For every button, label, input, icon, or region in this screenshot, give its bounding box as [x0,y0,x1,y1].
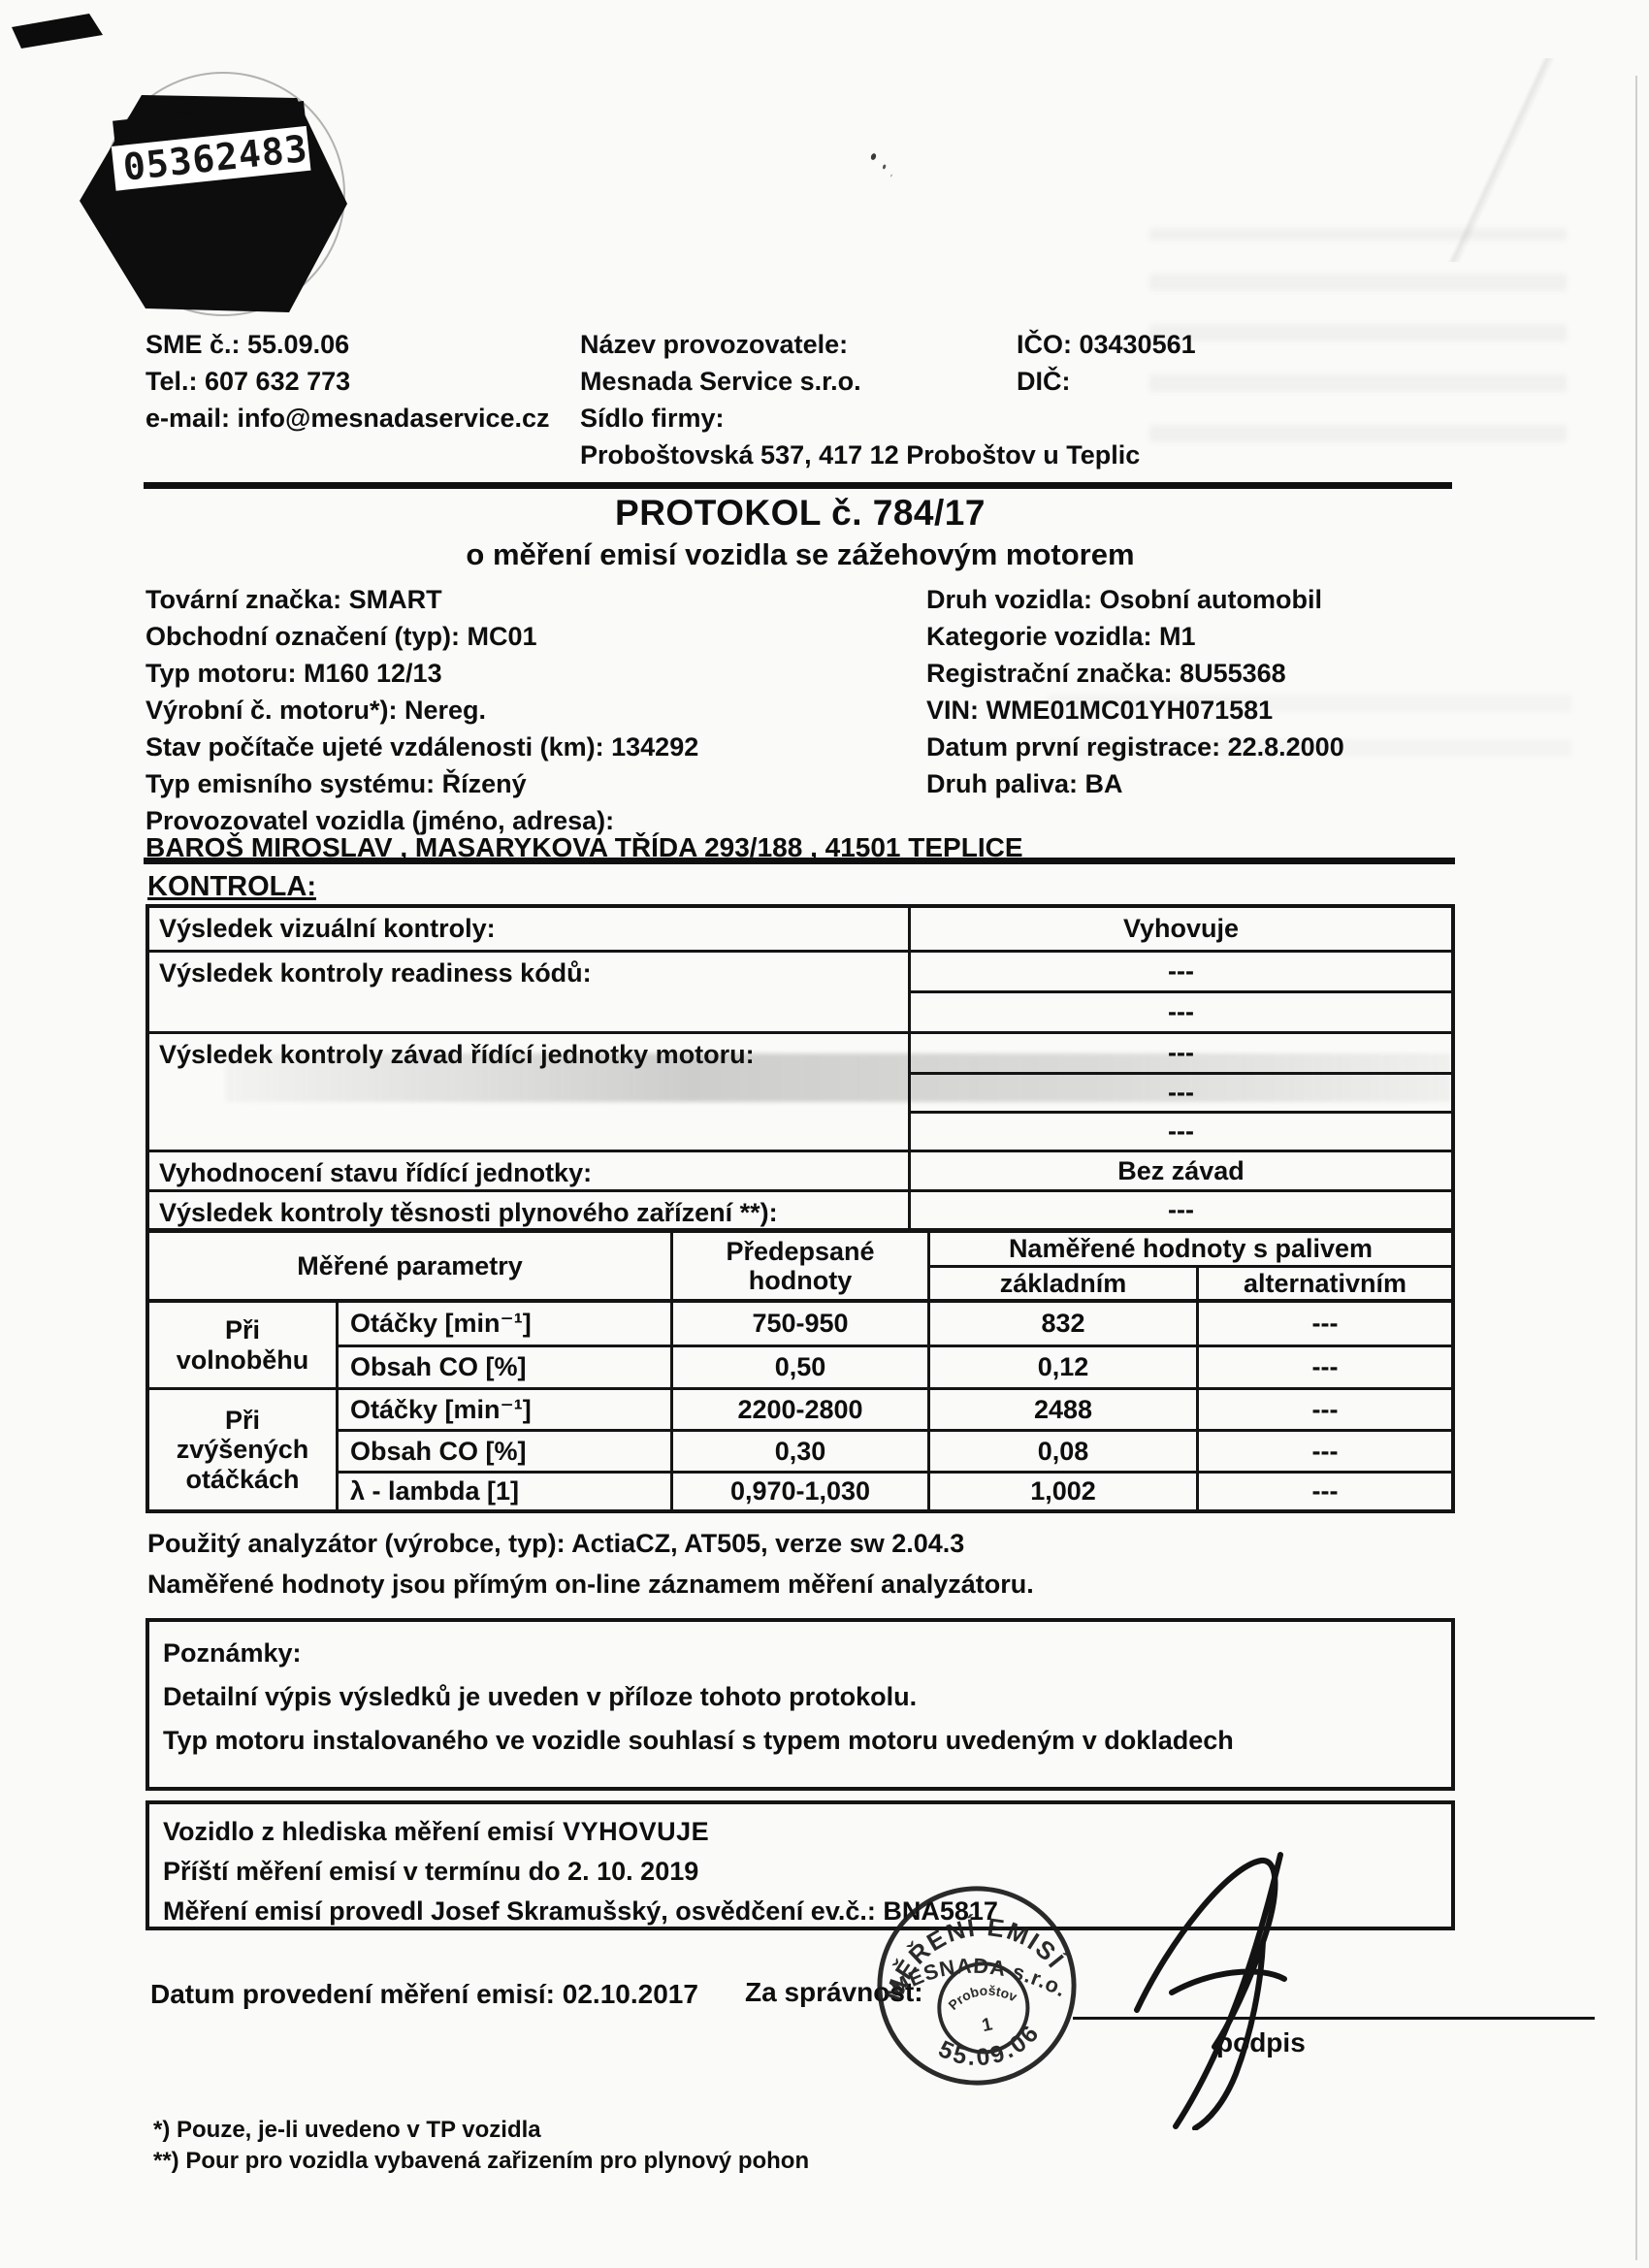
measured-raised-rpm-alt: --- [1199,1387,1451,1429]
station-phone: Tel.: 607 632 773 [145,367,350,397]
kontrola-value-gas-tightness: --- [911,1189,1451,1228]
measured-lambda-basic: 1,002 [930,1471,1199,1509]
header-divider-rule [144,482,1452,489]
registration-plate: Registrační značka: 8U55368 [926,659,1286,689]
prescribed-raised-rpm: 2200-2800 [673,1387,930,1429]
notes-heading: Poznámky: [163,1632,1438,1675]
kontrola-table: Výsledek vizuální kontroly: Výsledek kon… [145,904,1455,1232]
measured-raised-co-alt: --- [1199,1429,1451,1471]
document-title-block: PROTOKOL č. 784/17 o měření emisí vozidl… [145,493,1455,572]
bleedthrough-artifact-top [1149,228,1567,475]
kontrola-label-gas-tightness: Výsledek kontroly těsnosti plynového zař… [149,1189,911,1228]
protocol-title: PROTOKOL č. 784/17 [145,493,1455,534]
vehicle-category: Kategorie vozidla: M1 [926,622,1196,652]
group-idle: Při volnoběhu [149,1303,339,1387]
prescribed-idle-co: 0,50 [673,1345,930,1387]
measured-idle-co-basic: 0,12 [930,1345,1199,1387]
notes-box: Poznámky: Detailní výpis výsledků je uve… [145,1618,1455,1791]
measurement-table: Měřené parametry Předepsané hodnoty Namě… [145,1229,1455,1513]
param-idle-co: Obsah CO [%] [339,1345,673,1387]
kontrola-value-ecu-evaluation: Bez závad [911,1150,1451,1189]
handwritten-signature [1114,1847,1405,2130]
col-header-alternative-fuel: alternativním [1199,1268,1451,1303]
scan-streak [1385,58,1618,262]
odometer-reading: Stav počítače ujeté vzdálenosti (km): 13… [145,732,698,762]
measured-raised-rpm-basic: 2488 [930,1387,1199,1429]
company-stamp: MĚŘENÍ EMISÍ MESNADA s.r.o. Proboštov 1 … [852,1861,1103,2112]
measured-idle-rpm-alt: --- [1199,1303,1451,1345]
vin-number: VIN: WME01MC01YH071581 [926,696,1273,726]
scan-corner-mark [12,14,109,57]
company-dic: DIČ: [1017,367,1071,397]
station-sme-number: SME č.: 55.09.06 [145,330,349,360]
measured-raised-co-basic: 0,08 [930,1429,1199,1471]
page-fold-line [1635,76,1637,2260]
emission-protocol-page: 05362483 SME č.: 55.09.06 Tel.: 607 632 … [0,0,1649,2268]
measured-idle-rpm-basic: 832 [930,1303,1199,1345]
company-seat-label: Sídlo firmy: [580,404,725,434]
kontrola-value-ecu-2: --- [911,1072,1451,1111]
measured-idle-co-alt: --- [1199,1345,1451,1387]
fuel-type: Druh paliva: BA [926,769,1123,799]
notes-line-2: Typ motoru instalovaného ve vozidle souh… [163,1719,1438,1763]
vehicle-make: Tovární značka: SMART [145,585,442,615]
stamp-number-text: 1 [980,2013,994,2035]
kontrola-heading: KONTROLA: [147,871,316,903]
section-divider-rule [144,858,1455,864]
protocol-subtitle: o měření emisí vozidla se zážehovým moto… [145,537,1455,572]
company-seat-address: Proboštovská 537, 417 12 Proboštov u Tep… [580,440,1140,470]
inspection-sticker: 05362483 [68,70,349,327]
col-header-measured: Naměřené hodnoty s palivem [930,1233,1451,1268]
analyzer-record-note: Naměřené hodnoty jsou přímým on-line záz… [147,1570,1034,1600]
ink-speck [870,152,877,160]
first-registration-date: Datum první registrace: 22.8.2000 [926,732,1344,762]
notes-line-1: Detailní výpis výsledků je uveden v příl… [163,1675,1438,1719]
kontrola-value-readiness-2: --- [911,990,1451,1031]
param-lambda: λ - lambda [1] [339,1471,673,1509]
verdict-value: VYHOVUJE [563,1817,709,1846]
kontrola-label-visual: Výsledek vizuální kontroly: [149,908,911,950]
kontrola-label-ecu-faults: Výsledek kontroly závad řídící jednotky … [149,1031,911,1150]
prescribed-lambda: 0,970-1,030 [673,1471,930,1509]
kontrola-value-visual: Vyhovuje [911,908,1451,950]
col-header-parameters: Měřené parametry [149,1233,673,1303]
engine-serial: Výrobní č. motoru*): Nereg. [145,696,486,726]
station-email: e-mail: info@mesnadaservice.cz [145,404,550,434]
prescribed-idle-rpm: 750-950 [673,1303,930,1345]
measurement-date: Datum provedení měření emisí: 02.10.2017 [150,1979,698,2010]
kontrola-value-readiness-1: --- [911,950,1451,990]
kontrola-label-readiness: Výsledek kontroly readiness kódů: [149,950,911,1031]
vehicle-model: Obchodní označení (typ): MC01 [145,622,537,652]
param-idle-rpm: Otáčky [min⁻¹] [339,1303,673,1345]
prescribed-raised-co: 0,30 [673,1429,930,1471]
kontrola-value-ecu-1: --- [911,1031,1451,1072]
verdict-line: Vozidlo z hlediska měření emisíVYHOVUJE [163,1812,1438,1852]
kontrola-label-ecu-evaluation: Vyhodnocení stavu řídící jednotky: [149,1150,911,1189]
operator-name-label: Název provozovatele: [580,330,848,360]
col-header-basic-fuel: základním [930,1268,1199,1303]
footnote-one: *) Pouze, je-li uvedeno v TP vozidla [153,2115,541,2145]
footnote-two: **) Pour pro vozidla vybavená zařizením … [153,2146,809,2176]
group-raised-rpm: Při zvýšených otáčkách [149,1387,339,1509]
engine-type: Typ motoru: M160 12/13 [145,659,442,689]
vehicle-kind: Druh vozidla: Osobní automobil [926,585,1322,615]
param-raised-co: Obsah CO [%] [339,1429,673,1471]
analyzer-info: Použitý analyzátor (výrobce, typ): Actia… [147,1529,964,1559]
verdict-prefix: Vozidlo z hlediska měření emisí [163,1817,554,1846]
kontrola-value-ecu-3: --- [911,1111,1451,1150]
col-header-prescribed: Předepsané hodnoty [673,1233,930,1303]
operator-name: Mesnada Service s.r.o. [580,367,861,397]
company-ico: IČO: 03430561 [1017,330,1196,360]
emission-system-type: Typ emisního systému: Řízený [145,769,527,799]
param-raised-rpm: Otáčky [min⁻¹] [339,1387,673,1429]
measured-lambda-alt: --- [1199,1471,1451,1509]
